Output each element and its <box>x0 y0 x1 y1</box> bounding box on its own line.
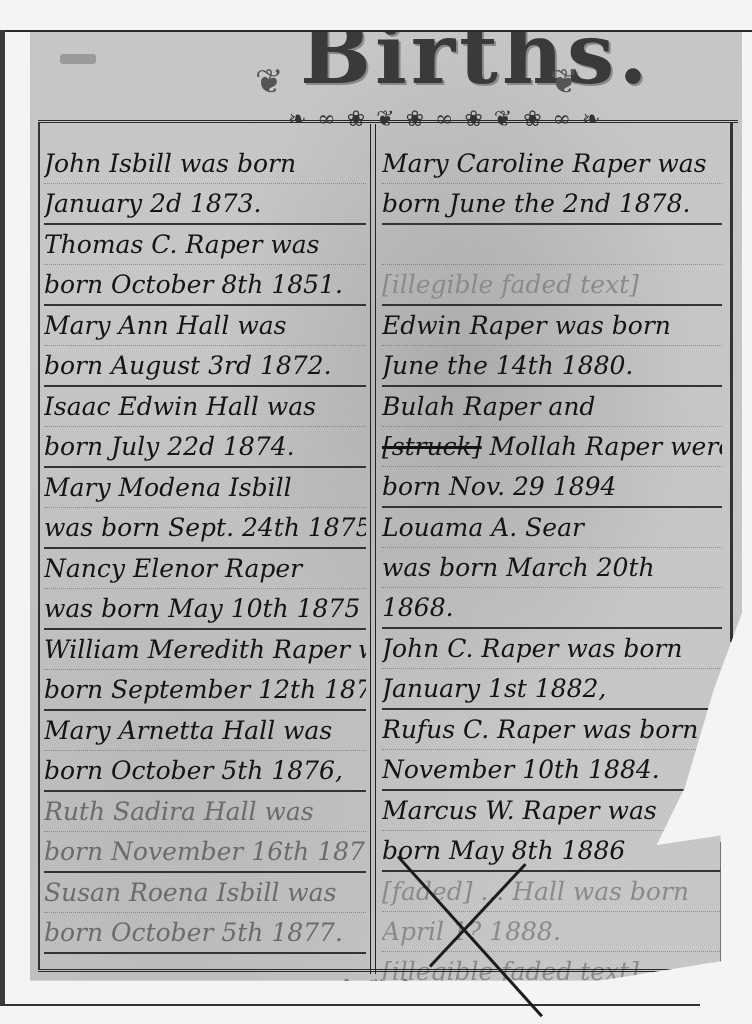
entry-line: Mary Arnetta Hall was <box>44 711 366 751</box>
entry-line: Louama A. Sear <box>382 508 722 548</box>
entry-line: Isaac Edwin Hall was <box>44 387 366 427</box>
birth-entry: Bulah Raper and [struck] Mollah Raper we… <box>382 387 722 508</box>
left-column: John Isbill was born January 2d 1873. Th… <box>44 144 366 954</box>
struck-word: [struck] <box>382 432 482 461</box>
entry-line: born September 12th 1876, <box>44 670 366 711</box>
scroll-ornament-icon: ❦ <box>255 62 284 102</box>
birth-entry: Ruth Sadira Hall was born November 16th … <box>44 792 366 873</box>
entry-line: was born Sept. 24th 1875 <box>44 508 366 549</box>
entry-line: was born March 20th <box>382 548 722 588</box>
entry-line: [illegible faded text] <box>382 265 722 306</box>
top-ornamental-rule: ❧ ∞ ❀ ❦ ❀ ∞ ❀ ❦ ❀ ∞ ❧ <box>38 120 738 137</box>
entry-line <box>382 225 722 265</box>
scan-bottom-edge <box>0 1004 700 1006</box>
scan-top-edge <box>0 30 752 32</box>
entry-line: Thomas C. Raper was <box>44 225 366 265</box>
entry-line: Ruth Sadira Hall was <box>44 792 366 832</box>
vine-ornament-icon: ∞ ❀ ❦ ❀ ∞ <box>308 976 446 1001</box>
vine-ornament-icon: ❧ ∞ ❀ ❦ ❀ ∞ ❀ ❦ ❀ ∞ ❧ <box>288 107 602 132</box>
birth-entry: Louama A. Sear was born March 20th 1868. <box>382 508 722 629</box>
birth-entry: Mary Ann Hall was born August 3rd 1872. <box>44 306 366 387</box>
register-page: ❦ Births. ❦ ❧ ∞ ❀ ❦ ❀ ∞ ❀ ❦ ❀ ∞ ❧ John I… <box>30 32 742 1000</box>
birth-entry: William Meredith Raper was born Septembe… <box>44 630 366 711</box>
entry-line: [struck] Mollah Raper were <box>382 427 722 467</box>
entry-line: William Meredith Raper was <box>44 630 366 670</box>
entry-line: 1868. <box>382 588 722 629</box>
entry-line: Susan Roena Isbill was <box>44 873 366 913</box>
column-divider <box>370 124 376 974</box>
birth-entry: Susan Roena Isbill was born October 5th … <box>44 873 366 954</box>
entry-line: Mary Ann Hall was <box>44 306 366 346</box>
birth-entry: Mary Modena Isbill was born Sept. 24th 1… <box>44 468 366 549</box>
page-title: Births. <box>300 4 580 103</box>
left-border <box>38 122 40 970</box>
entry-line: born July 22d 1874. <box>44 427 366 468</box>
entry-line-text: Mollah Raper were <box>490 432 722 461</box>
entry-line: born October 5th 1876, <box>44 751 366 792</box>
entry-line: born November 16th 1876, <box>44 832 366 873</box>
entry-line: born August 3rd 1872. <box>44 346 366 387</box>
right-border <box>730 122 733 642</box>
entry-line: Edwin Raper was born <box>382 306 722 346</box>
entry-line: June the 14th 1880. <box>382 346 722 387</box>
entry-line: was born May 10th 1875 <box>44 589 366 630</box>
tape-mark <box>60 54 96 64</box>
birth-entry: Thomas C. Raper was born October 8th 185… <box>44 225 366 306</box>
birth-entry: Mary Arnetta Hall was born October 5th 1… <box>44 711 366 792</box>
scroll-ornament-icon: ❦ <box>550 62 579 102</box>
entry-line: John Isbill was born <box>44 144 366 184</box>
entry-line: January 1st 1882, <box>382 669 722 710</box>
scan-left-edge <box>0 30 5 1005</box>
entry-line: born Nov. 29 1894 <box>382 467 722 508</box>
entry-line: Bulah Raper and <box>382 387 722 427</box>
entry-line: April 1? 1888. <box>382 912 722 952</box>
entry-line: November 10th 1884. <box>382 750 722 791</box>
entry-line: Mary Caroline Raper was <box>382 144 722 184</box>
birth-entry: Isaac Edwin Hall was born July 22d 1874. <box>44 387 366 468</box>
birth-entry: Rufus C. Raper was born November 10th 18… <box>382 710 722 791</box>
right-column: Mary Caroline Raper was born June the 2n… <box>382 144 722 993</box>
entry-line: Rufus C. Raper was born <box>382 710 722 750</box>
entry-line: born May 8th 1886 <box>382 831 722 872</box>
entry-line: Nancy Elenor Raper <box>44 549 366 589</box>
bottom-ornamental-rule: ∞ ❀ ❦ ❀ ∞ <box>38 969 688 986</box>
birth-entry: John C. Raper was born January 1st 1882, <box>382 629 722 710</box>
birth-entry: John Isbill was born January 2d 1873. <box>44 144 366 225</box>
entry-line: born October 8th 1851. <box>44 265 366 306</box>
entry-line: Mary Modena Isbill <box>44 468 366 508</box>
entry-line: born June the 2nd 1878. <box>382 184 722 225</box>
entry-line: born October 5th 1877. <box>44 913 366 954</box>
faded-entry: [illegible faded text] <box>382 225 722 306</box>
birth-entry: Edwin Raper was born June the 14th 1880. <box>382 306 722 387</box>
entry-line: Marcus W. Raper was <box>382 791 722 831</box>
entry-line: [faded] ... Hall was born <box>382 872 722 912</box>
birth-entry: Mary Caroline Raper was born June the 2n… <box>382 144 722 225</box>
entry-line: January 2d 1873. <box>44 184 366 225</box>
birth-entry: Marcus W. Raper was born May 8th 1886 <box>382 791 722 872</box>
birth-entry: Nancy Elenor Raper was born May 10th 187… <box>44 549 366 630</box>
entry-line: John C. Raper was born <box>382 629 722 669</box>
